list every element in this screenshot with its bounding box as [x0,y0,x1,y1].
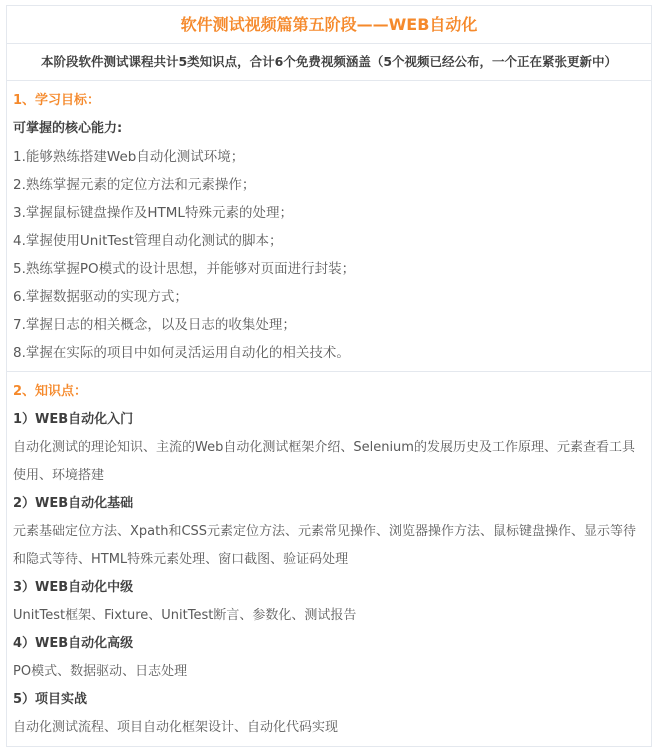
title-cell: 软件测试视频篇第五阶段——WEB自动化 [7,6,652,44]
goal-item: 2.熟练掌握元素的定位方法和元素操作； [13,171,645,199]
topic-description-web-intro: 自动化测试的理论知识、主流的Web自动化测试框架介绍、Selenium的发展历史… [13,434,645,490]
knowledge-points-heading: 2、知识点： [13,378,645,406]
topic-description-web-basics: 元素基础定位方法、Xpath和CSS元素定位方法、元素常见操作、浏览器操作方法、… [13,518,645,574]
page-subtitle: 本阶段软件测试课程共计5类知识点，合计6个免费视频涵盖（5个视频已经公布，一个正… [41,54,617,69]
page-title: 软件测试视频篇第五阶段——WEB自动化 [181,15,478,34]
goal-item: 5.熟练掌握PO模式的设计思想，并能够对页面进行封装； [13,255,645,283]
topic-title-web-intermediate: 3）WEB自动化中级 [13,574,645,602]
core-abilities-heading: 可掌握的核心能力: [13,115,645,143]
goal-item: 1.能够熟练搭建Web自动化测试环境； [13,143,645,171]
goal-item: 4.掌握使用UnitTest管理自动化测试的脚本； [13,227,645,255]
topic-description-project-practice: 自动化测试流程、项目自动化框架设计、自动化代码实现 [13,714,645,742]
subtitle-row: 本阶段软件测试课程共计5类知识点，合计6个免费视频涵盖（5个视频已经公布，一个正… [7,44,652,81]
topic-title-project-practice: 5）项目实战 [13,686,645,714]
goal-item: 6.掌握数据驱动的实现方式； [13,283,645,311]
topic-title-web-basics: 2）WEB自动化基础 [13,490,645,518]
goal-item: 3.掌握鼠标键盘操作及HTML特殊元素的处理； [13,199,645,227]
subtitle-cell: 本阶段软件测试课程共计5类知识点，合计6个免费视频涵盖（5个视频已经公布，一个正… [7,44,652,81]
goal-item: 7.掌握日志的相关概念，以及日志的收集处理； [13,311,645,339]
goal-item: 8.掌握在实际的项目中如何灵活运用自动化的相关技术。 [13,339,645,367]
course-table: 软件测试视频篇第五阶段——WEB自动化 本阶段软件测试课程共计5类知识点，合计6… [6,5,652,747]
knowledge-points-section: 2、知识点： 1）WEB自动化入门 自动化测试的理论知识、主流的Web自动化测试… [7,372,652,747]
learning-goals-section: 1、学习目标： 可掌握的核心能力: 1.能够熟练搭建Web自动化测试环境； 2.… [7,81,652,372]
goals-row: 1、学习目标： 可掌握的核心能力: 1.能够熟练搭建Web自动化测试环境； 2.… [7,81,652,372]
topic-description-web-advanced: PO模式、数据驱动、日志处理 [13,658,645,686]
topic-description-web-intermediate: UnitTest框架、Fixture、UnitTest断言、参数化、测试报告 [13,602,645,630]
learning-goals-heading: 1、学习目标： [13,87,645,115]
title-row: 软件测试视频篇第五阶段——WEB自动化 [7,6,652,44]
knowledge-row: 2、知识点： 1）WEB自动化入门 自动化测试的理论知识、主流的Web自动化测试… [7,372,652,747]
topic-title-web-intro: 1）WEB自动化入门 [13,406,645,434]
topic-title-web-advanced: 4）WEB自动化高级 [13,630,645,658]
